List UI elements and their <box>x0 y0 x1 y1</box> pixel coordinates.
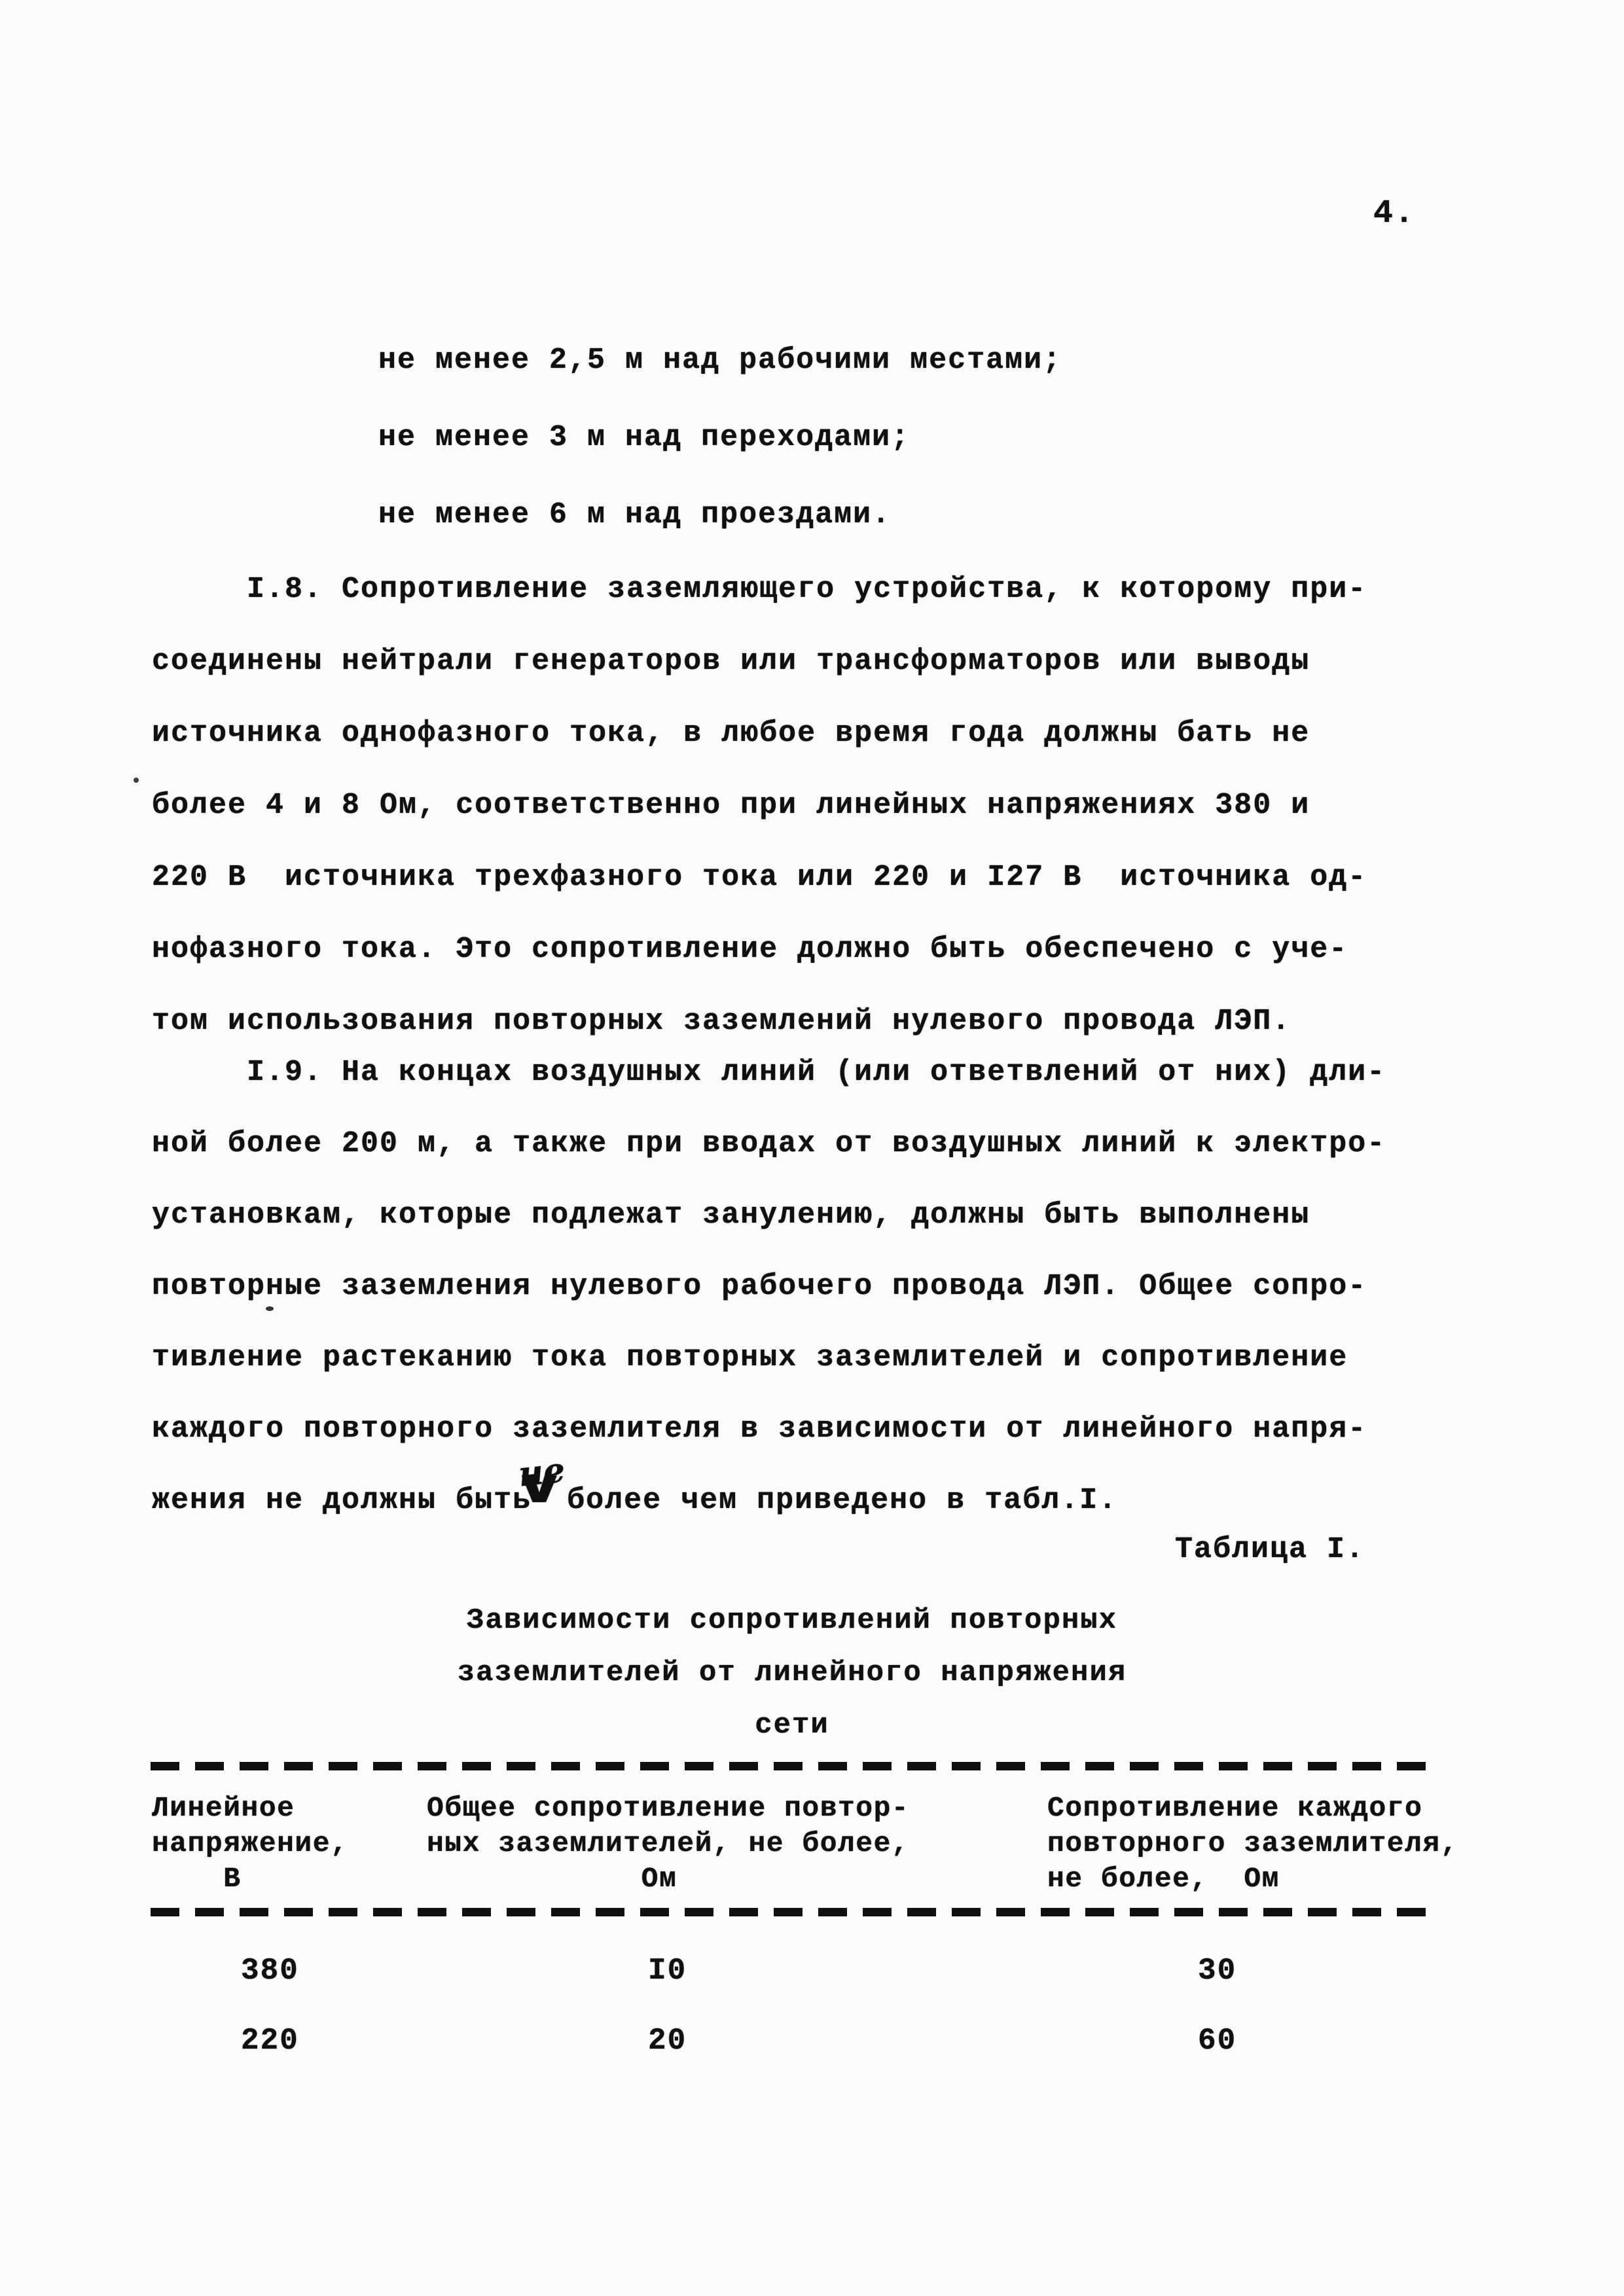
clearance-item: не менее 6 м над проездами. <box>378 476 1062 554</box>
table-caption-line: заземлителей от линейного напряжения <box>367 1647 1218 1699</box>
table-header-line: В <box>152 1861 348 1897</box>
paragraph-1-8: I.8. Сопротивление заземляющего устройст… <box>152 554 1367 1058</box>
table-cell-total-resistance: 20 <box>648 2024 687 2058</box>
paragraph-1-9: I.9. На концах воздушных линий (или отве… <box>152 1037 1386 1536</box>
paragraph-line: I.8. Сопротивление заземляющего устройст… <box>152 554 1367 626</box>
clearance-item: не менее 3 м над переходами; <box>378 399 1062 476</box>
table-header-voltage: Линейное напряжение, В <box>152 1791 348 1897</box>
paragraph-line: каждого повторного заземлителя в зависим… <box>152 1393 1386 1465</box>
paragraph-line: ной более 200 м, а также при вводах от в… <box>152 1108 1386 1179</box>
table-header-line: ных заземлителей, не более, <box>427 1826 909 1861</box>
table-header-line: Линейное <box>152 1791 348 1826</box>
table-cell-each-resistance: 30 <box>1198 1954 1236 1988</box>
caret-mark: ∨ <box>511 1472 569 1501</box>
table-caption-line: Зависимости сопротивлений повторных <box>367 1594 1218 1647</box>
table-rule-mid <box>151 1908 1428 1916</box>
paragraph-line: 220 В источника трехфазного тока или 220… <box>152 842 1367 914</box>
table-cell-total-resistance: I0 <box>648 1954 687 1988</box>
paragraph-line: источника однофазного тока, в любое врем… <box>152 698 1367 770</box>
paragraph-line: тивление растеканию тока повторных зазем… <box>152 1322 1386 1393</box>
table-header-each-resistance: Сопротивление каждого повторного заземли… <box>1047 1791 1458 1897</box>
document-page: 4. не менее 2,5 м над рабочими местами; … <box>0 0 1624 2296</box>
scan-speck <box>266 1306 274 1311</box>
paragraph-line: установкам, которые подлежат занулению, … <box>152 1179 1386 1251</box>
page-number: 4. <box>1373 195 1415 232</box>
line-suffix: более чем приведено в табл.I. <box>567 1484 1117 1517</box>
table-header-line: не более, Ом <box>1047 1861 1458 1897</box>
scan-speck <box>134 778 139 783</box>
paragraph-line: соединены нейтрали генераторов или транс… <box>152 626 1367 698</box>
table-caption: Зависимости сопротивлений повторных зазе… <box>367 1594 1218 1751</box>
paragraph-line: повторные заземления нулевого рабочего п… <box>152 1251 1386 1322</box>
table-header-line: повторного заземлителя, <box>1047 1826 1458 1861</box>
table-rule-top <box>151 1762 1428 1770</box>
table-caption-line: сети <box>367 1699 1218 1751</box>
paragraph-line: нофазного тока. Это сопротивление должно… <box>152 914 1367 986</box>
paragraph-line: I.9. На концах воздушных линий (или отве… <box>152 1037 1386 1108</box>
table-cell-each-resistance: 60 <box>1198 2024 1236 2058</box>
clearance-list: не менее 2,5 м над рабочими местами; не … <box>378 322 1062 554</box>
table-header-line: Ом <box>427 1861 909 1897</box>
line-prefix: жения не должны быть <box>152 1484 532 1517</box>
table-header-line: Общее сопротивление повтор- <box>427 1791 909 1826</box>
handwritten-insertion: не∨ <box>532 1479 567 1508</box>
table-header-line: напряжение, <box>152 1826 348 1861</box>
clearance-item: не менее 2,5 м над рабочими местами; <box>378 322 1062 399</box>
paragraph-line: более 4 и 8 Ом, соответственно при линей… <box>152 770 1367 842</box>
table-header-line: Сопротивление каждого <box>1047 1791 1458 1826</box>
paragraph-line-with-insertion: жения не должны бытьне∨более чем приведе… <box>152 1465 1386 1536</box>
table-header-total-resistance: Общее сопротивление повтор- ных заземлит… <box>427 1791 909 1897</box>
table-cell-voltage: 220 <box>241 2024 299 2058</box>
table-reference: Таблица I. <box>1175 1533 1365 1566</box>
table-cell-voltage: 380 <box>241 1954 299 1988</box>
